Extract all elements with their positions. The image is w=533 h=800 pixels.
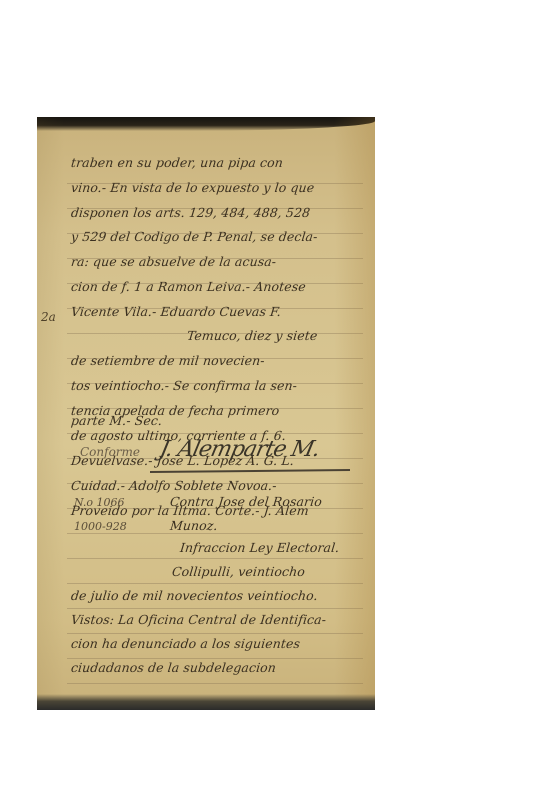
overlay-bottom: [0, 0, 533, 800]
